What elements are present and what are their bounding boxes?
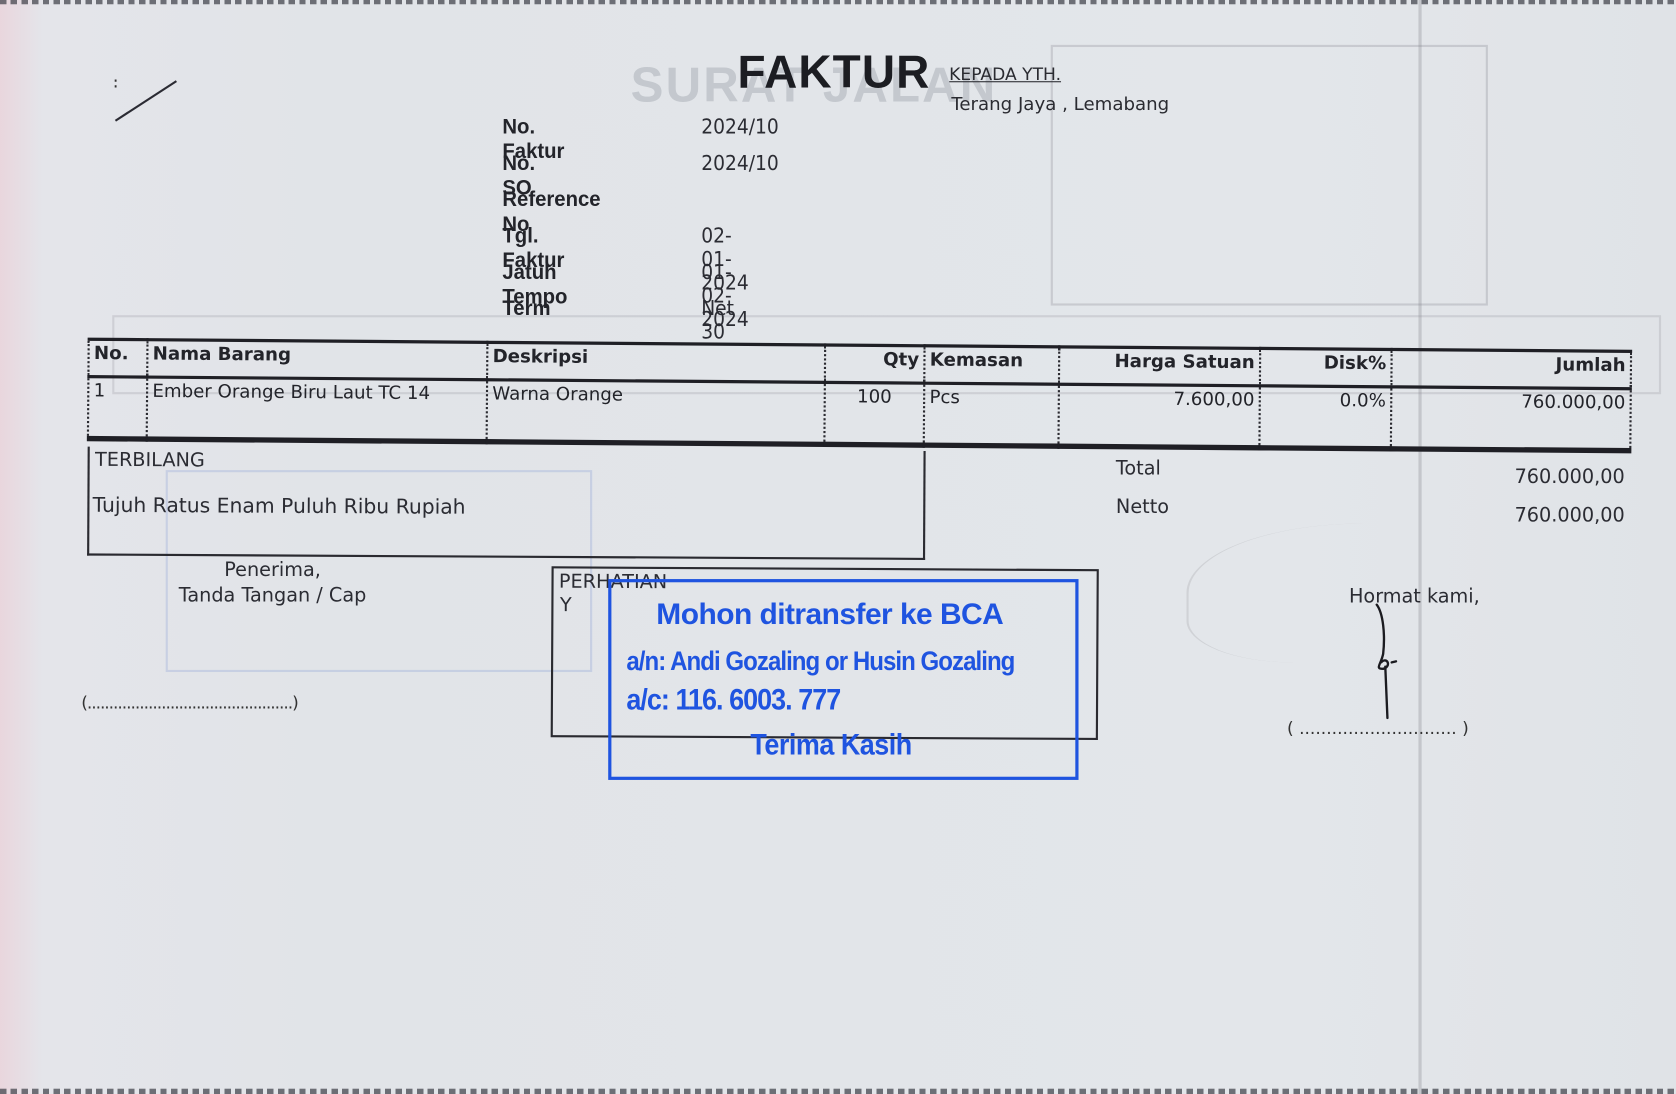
column-header-disk: Disk% (1260, 348, 1392, 386)
cell-no: 1 (88, 377, 147, 439)
cell-disk: 0.0% (1259, 386, 1391, 449)
total-label: Total (1116, 457, 1161, 479)
column-header-no: No. (88, 339, 147, 377)
pen-stroke-mark (115, 80, 177, 121)
cell-harga-satuan: 7.600,00 (1058, 384, 1259, 448)
sender-regards: Hormat kami, (1349, 585, 1480, 607)
cell-nama-barang: Ember Orange Biru Laut TC 14 (147, 377, 487, 442)
document-title: FAKTUR (738, 47, 931, 99)
cell-kemasan: Pcs (924, 383, 1059, 446)
items-table: No. Nama Barang Deskripsi Qty Kemasan Ha… (87, 338, 1632, 454)
cell-deskripsi: Warna Orange (487, 380, 825, 445)
receiver-signature-block: Penerima, Tanda Tangan / Cap (160, 558, 384, 609)
handwritten-signature-icon (1372, 603, 1404, 721)
totals-section: Total 760.000,00 Netto 760.000,00 (1112, 457, 1625, 534)
stamp-thanks: Terima Kasih (750, 728, 911, 762)
recipient-label: KEPADA YTH. (949, 64, 1061, 84)
bleed-through-box (1051, 45, 1488, 306)
cell-jumlah: 760.000,00 (1391, 387, 1631, 451)
stamp-transfer-instruction: Mohon ditransfer ke BCA (656, 597, 1003, 631)
bank-transfer-stamp: Mohon ditransfer ke BCA a/n: Andi Gozali… (608, 579, 1078, 780)
table-row: 1 Ember Orange Biru Laut TC 14 Warna Ora… (88, 377, 1631, 451)
receiver-sign-line: (.......................................… (81, 692, 297, 712)
perforation-bottom (0, 1089, 1676, 1094)
sender-sign-line: ( ............................. ) (1287, 718, 1469, 738)
meta-value: 2024/10 (701, 115, 779, 139)
receiver-sign-caption: Tanda Tangan / Cap (160, 583, 384, 609)
stamp-account-name: a/n: Andi Gozaling or Husin Gozaling (626, 646, 1014, 677)
column-header-kemasan: Kemasan (924, 346, 1059, 384)
recipient-name: Terang Jaya , Lemabang (951, 94, 1169, 115)
meta-value: 2024/10 (701, 152, 779, 176)
receiver-label: Penerima, (160, 558, 384, 584)
amount-in-words-box: TERBILANG Tujuh Ratus Enam Puluh Ribu Ru… (87, 447, 926, 560)
total-row: Total 760.000,00 (1112, 457, 1625, 495)
column-header-qty: Qty (825, 345, 925, 383)
meta-label: Term (502, 297, 550, 322)
perforation-top (0, 0, 1676, 4)
column-header-deskripsi: Deskripsi (487, 342, 825, 382)
stamp-account-number: a/c: 116. 6003. 777 (626, 683, 840, 717)
netto-label: Netto (1116, 496, 1169, 518)
amount-in-words-label: TERBILANG (95, 449, 205, 472)
netto-value: 760.000,00 (1515, 504, 1625, 526)
column-header-nama-barang: Nama Barang (147, 340, 487, 380)
meta-value: Net 30 (701, 297, 734, 344)
cell-qty: 100 (824, 382, 924, 445)
pen-dot-mark: : (111, 75, 120, 92)
netto-row: Netto 760.000,00 (1112, 496, 1625, 534)
invoice-page: SURAT JALAN : FAKTUR KEPADA YTH. Terang … (0, 0, 1676, 1094)
column-header-harga-satuan: Harga Satuan (1059, 347, 1260, 386)
total-value: 760.000,00 (1515, 466, 1625, 488)
column-header-jumlah: Jumlah (1391, 349, 1631, 388)
notes-value: Y (560, 594, 572, 616)
amount-in-words-text: Tujuh Ratus Enam Puluh Ribu Rupiah (93, 494, 466, 519)
